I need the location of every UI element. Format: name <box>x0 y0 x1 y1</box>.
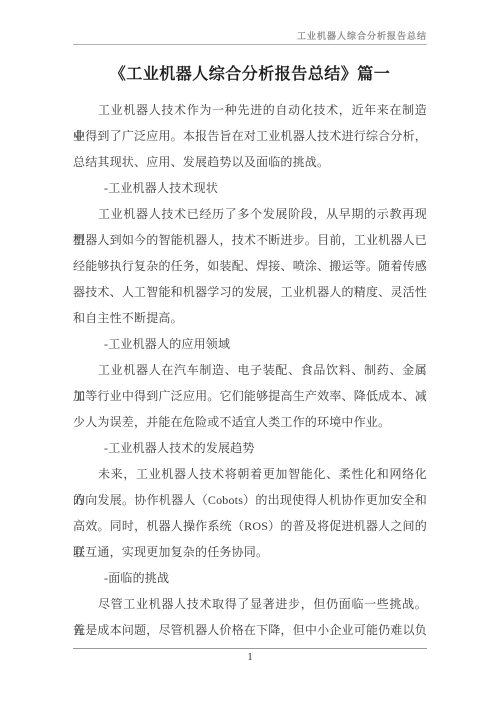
footer-rule <box>73 648 427 649</box>
section-heading: -工业机器人的应用领域 <box>73 331 427 357</box>
text-line: 工等行业中得到广泛应用。它们能够提高生产效率、降低成本、减 <box>73 383 427 409</box>
document-page: 工业机器人综合分析报告总结 《工业机器人综合分析报告总结》篇一 工业机器人技术作… <box>0 0 500 707</box>
document-body: 工业机器人技术作为一种先进的自动化技术，近年来在制造业 中得到了广泛应用。本报告… <box>73 97 427 643</box>
text-line: 中得到了广泛应用。本报告旨在对工业机器人技术进行综合分析， <box>73 123 427 149</box>
text-line: 高效。同时，机器人操作系统（ROS）的普及将促进机器人之间的互 <box>73 513 427 539</box>
text-line: 先是成本问题，尽管机器人价格在下降，但中小企业可能仍难以负 <box>73 617 427 643</box>
section-heading: -工业机器人技术现状 <box>73 175 427 201</box>
header-rule <box>73 44 427 45</box>
text-line: 工业机器人在汽车制造、电子装配、食品饮料、制药、金属加 <box>73 357 427 383</box>
section-heading: -工业机器人技术的发展趋势 <box>73 435 427 461</box>
text-line: 联互通，实现更加复杂的任务协同。 <box>73 539 427 565</box>
page-number: 1 <box>0 650 500 664</box>
text-line: 方向发展。协作机器人（Cobots）的出现使得人机协作更加安全和 <box>73 487 427 513</box>
text-line: 经能够执行复杂的任务，如装配、焊接、喷涂、搬运等。随着传感 <box>73 253 427 279</box>
section-heading: -面临的挑战 <box>73 565 427 591</box>
text-line: 未来，工业机器人技术将朝着更加智能化、柔性化和网络化的 <box>73 461 427 487</box>
text-line: 工业机器人技术已经历了多个发展阶段，从早期的示教再现型 <box>73 201 427 227</box>
header-running-title: 工业机器人综合分析报告总结 <box>297 31 427 42</box>
document-title: 《工业机器人综合分析报告总结》篇一 <box>0 62 500 88</box>
text-line: 少人为误差，并能在危险或不适宜人类工作的环境中作业。 <box>73 409 427 435</box>
text-line: 和自主性不断提高。 <box>73 305 427 331</box>
text-line: 机器人到如今的智能机器人，技术不断进步。目前，工业机器人已 <box>73 227 427 253</box>
text-line: 尽管工业机器人技术取得了显著进步，但仍面临一些挑战。首 <box>73 591 427 617</box>
text-line: 器技术、人工智能和机器学习的发展，工业机器人的精度、灵活性 <box>73 279 427 305</box>
text-line: 总结其现状、应用、发展趋势以及面临的挑战。 <box>73 149 427 175</box>
text-line: 工业机器人技术作为一种先进的自动化技术，近年来在制造业 <box>73 97 427 123</box>
